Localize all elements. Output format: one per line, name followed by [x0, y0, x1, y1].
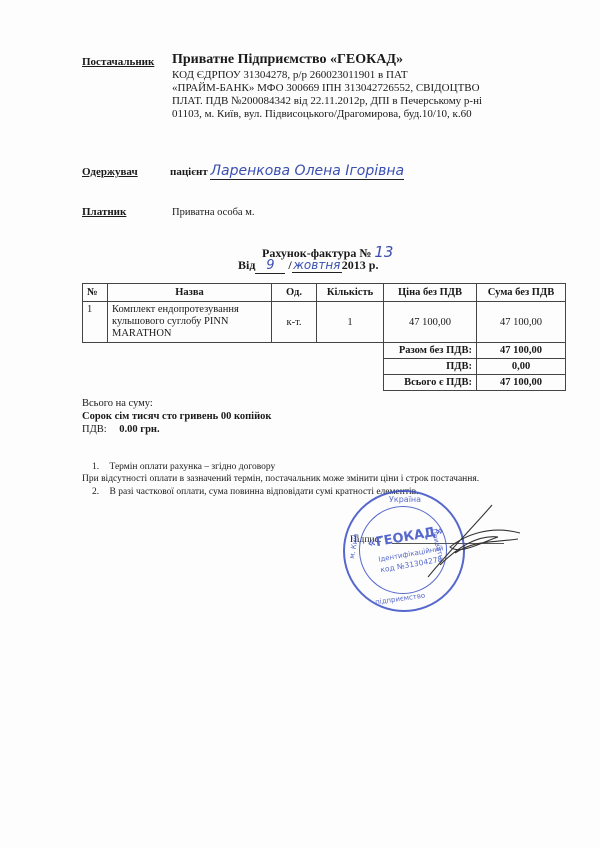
- cell-name: Комплект ендопротезування кульшового суг…: [108, 302, 272, 343]
- terms-item-2-num: 2.: [92, 487, 99, 497]
- date-prefix: Від: [238, 258, 255, 272]
- terms-note: При відсутності оплати в зазначений терм…: [82, 473, 479, 485]
- subtotal-label: Разом без ПДВ:: [384, 343, 477, 359]
- recipient-field: пацієнт Ларенкова Олена Ігорівна: [170, 163, 404, 180]
- table-header-row: № Назва Од. Кількість Ціна без ПДВ Сума …: [83, 284, 566, 302]
- supplier-detail-line: 01103, м. Київ, вул. Підвисоцького/Драго…: [172, 108, 482, 121]
- supplier-detail-line: ПЛАТ. ПДВ №200084342 від 22.11.2012р, ДП…: [172, 95, 482, 108]
- cell-sum: 47 100,00: [477, 302, 566, 343]
- col-header-unit: Од.: [272, 284, 317, 302]
- totals-row-vat: ПДВ: 0,00: [83, 359, 566, 375]
- supplier-details: КОД ЄДРПОУ 31304278, р/р 260023011901 в …: [172, 69, 482, 121]
- stamp-ring-top: Україна: [389, 495, 421, 504]
- table-row: 1 Комплект ендопротезування кульшового с…: [83, 302, 566, 343]
- supplier-detail-line: «ПРАЙМ-БАНК» МФО 300669 ІПН 313042726552…: [172, 82, 482, 95]
- summary-vat-label: ПДВ:: [82, 424, 107, 435]
- totals-row-total: Всього є ПДВ: 47 100,00: [83, 375, 566, 391]
- recipient-prefix: пацієнт: [170, 166, 208, 178]
- supplier-name: Приватне Підприємство «ГЕОКАД»: [172, 52, 403, 68]
- total-label: Всього є ПДВ:: [384, 375, 477, 391]
- supplier-detail-line: КОД ЄДРПОУ 31304278, р/р 260023011901 в …: [172, 69, 482, 82]
- invoice-date: Від9 /жовтня2013 р.: [238, 258, 378, 274]
- cell-num: 1: [83, 302, 108, 343]
- cell-qty: 1: [317, 302, 384, 343]
- payer-label: Платник: [82, 206, 126, 218]
- summary-vat-value: 0.00 грн.: [119, 424, 159, 435]
- recipient-label: Одержувач: [82, 166, 138, 178]
- signature-scribble: [420, 495, 530, 585]
- invoice-table: № Назва Од. Кількість Ціна без ПДВ Сума …: [82, 283, 566, 391]
- summary-total-label: Всього на суму:: [82, 397, 271, 410]
- cell-unit: к-т.: [272, 302, 317, 343]
- terms-item-1-text: Термін оплати рахунка – згідно договору: [110, 462, 276, 472]
- recipient-name-handwritten: Ларенкова Олена Ігорівна: [210, 163, 404, 180]
- col-header-sum: Сума без ПДВ: [477, 284, 566, 302]
- col-header-qty: Кількість: [317, 284, 384, 302]
- payer-value: Приватна особа м.: [172, 207, 254, 218]
- summary-total-words: Сорок сім тисяч сто гривень 00 копійок: [82, 410, 271, 423]
- date-day-handwritten: 9: [255, 258, 285, 274]
- terms-item-2-text: В разі часткової оплати, сума повинна ві…: [110, 487, 419, 497]
- summary-block: Всього на суму: Сорок сім тисяч сто грив…: [82, 397, 271, 436]
- vat-value: 0,00: [477, 359, 566, 375]
- cell-price: 47 100,00: [384, 302, 477, 343]
- terms-item-1-num: 1.: [92, 462, 99, 472]
- terms-item-2: 2. В разі часткової оплати, сума повинна…: [92, 486, 418, 498]
- col-header-num: №: [83, 284, 108, 302]
- terms-item-1: 1. Термін оплати рахунка – згідно догово…: [92, 461, 275, 473]
- totals-row-subtotal: Разом без ПДВ: 47 100,00: [83, 343, 566, 359]
- total-value: 47 100,00: [477, 375, 566, 391]
- col-header-price: Ціна без ПДВ: [384, 284, 477, 302]
- subtotal-value: 47 100,00: [477, 343, 566, 359]
- vat-label: ПДВ:: [384, 359, 477, 375]
- date-year: 2013 р.: [342, 258, 379, 272]
- col-header-name: Назва: [108, 284, 272, 302]
- date-month-handwritten: жовтня: [292, 258, 342, 273]
- supplier-label: Постачальник: [82, 56, 154, 68]
